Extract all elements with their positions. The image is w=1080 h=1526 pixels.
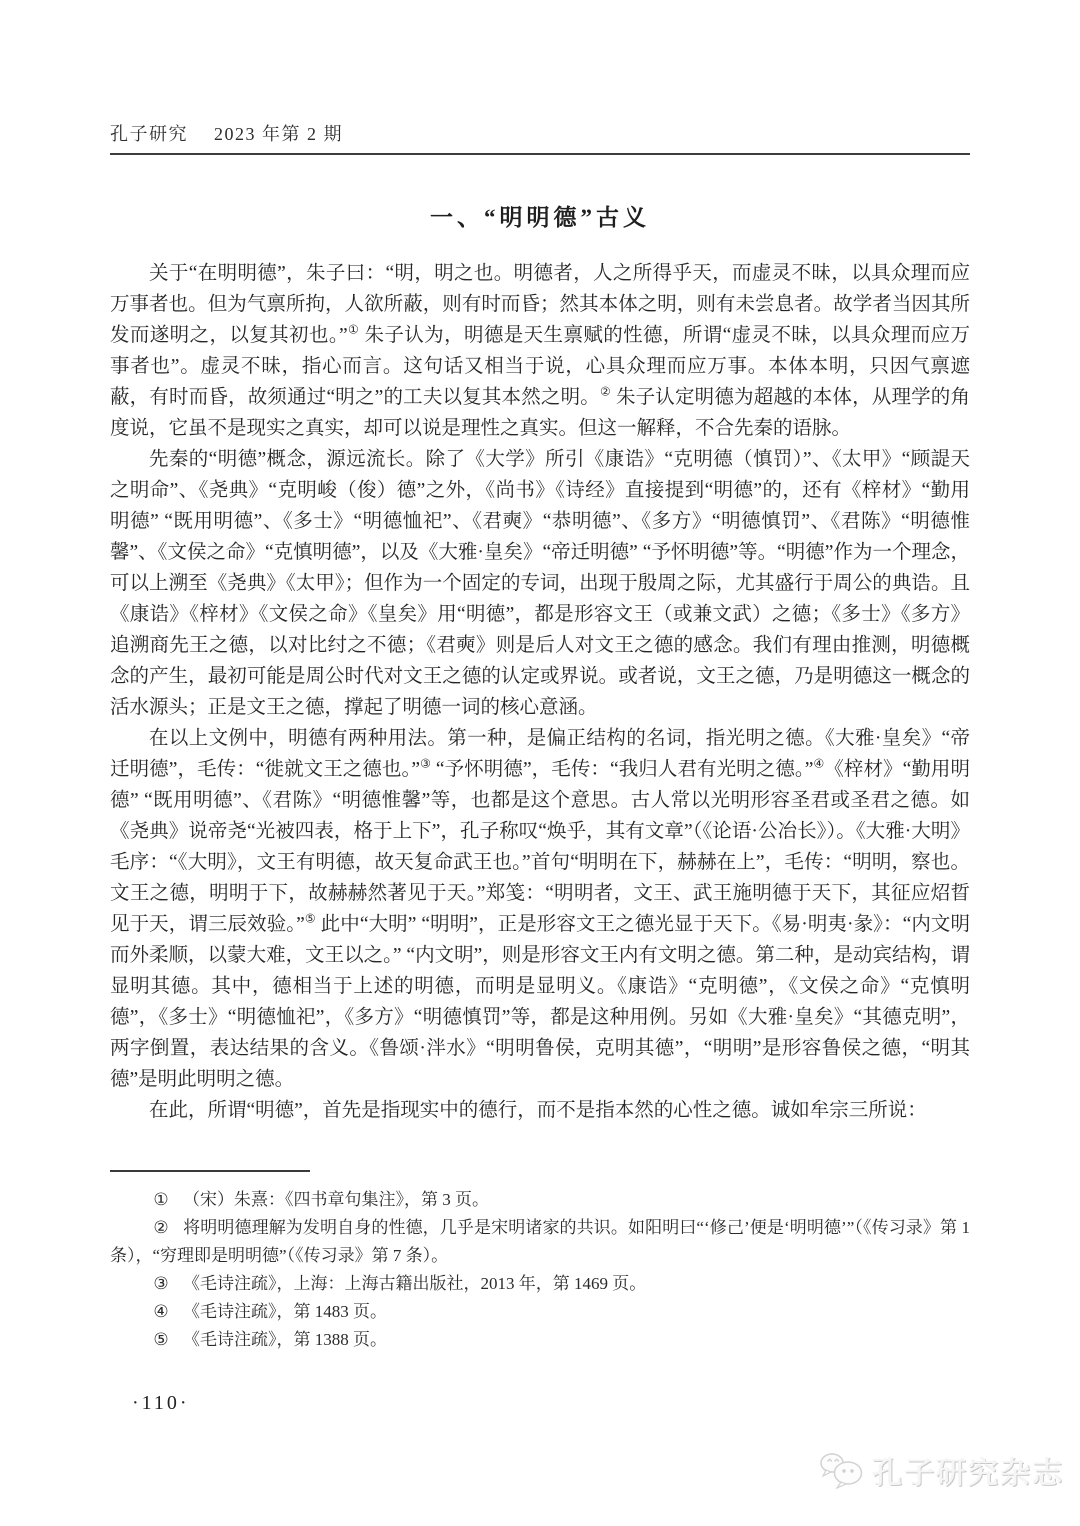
wechat-icon <box>819 1451 865 1489</box>
paragraph: 在以上文例中，明德有两种用法。第一种，是偏正结构的名词，指光明之德。《大雅·皇矣… <box>110 723 970 1095</box>
footnote: ⑤《毛诗注疏》，第 1388 页。 <box>110 1326 970 1354</box>
footnote-text: 《毛诗注疏》，第 1483 页。 <box>183 1302 387 1321</box>
paragraph: 在此，所谓“明德”，首先是指现实中的德行，而不是指本然的心性之德。诚如牟宗三所说… <box>110 1095 970 1126</box>
footnote-marker: ⑤ <box>153 1330 168 1349</box>
paragraph: 先秦的“明德”概念，源远流长。除了《大学》所引《康诰》“克明德（慎罚）”、《太甲… <box>110 444 970 723</box>
footnote-marker: ④ <box>153 1302 168 1321</box>
footnote-text: 《毛诗注疏》，第 1388 页。 <box>183 1330 387 1349</box>
header-rule <box>110 153 970 155</box>
watermark: 孔子研究杂志 <box>819 1448 1064 1492</box>
journal-page: 孔子研究2023 年第 2 期 一、“明明德”古义 关于“在明明德”，朱子曰：“… <box>0 0 1080 1526</box>
footnote-marker: ① <box>153 1190 168 1209</box>
issue-info: 2023 年第 2 期 <box>214 124 343 144</box>
watermark-label: 孔子研究杂志 <box>872 1448 1064 1492</box>
footnotes: ①（宋）朱熹：《四书章句集注》，第 3 页。②将明明德理解为发明自身的性德，几乎… <box>110 1186 970 1354</box>
footnote: ③《毛诗注疏》，上海：上海古籍出版社，2013 年，第 1469 页。 <box>110 1270 970 1298</box>
section-title: 一、“明明德”古义 <box>110 199 970 232</box>
footnote-ref: ⑤ <box>305 912 316 926</box>
footnote: ②将明明德理解为发明自身的性德，几乎是宋明诸家的共识。如阳明曰“‘修己’便是‘明… <box>110 1214 970 1270</box>
footnote-marker: ② <box>153 1218 168 1237</box>
page-header: 孔子研究2023 年第 2 期 <box>110 0 970 146</box>
footnote-ref: ④ <box>813 757 824 771</box>
footnote: ①（宋）朱熹：《四书章句集注》，第 3 页。 <box>110 1186 970 1214</box>
footnote-ref: ③ <box>420 757 431 771</box>
footnote-ref: ② <box>600 385 611 399</box>
footnote-text: 将明明德理解为发明自身的性德，几乎是宋明诸家的共识。如阳明曰“‘修己’便是‘明明… <box>110 1218 970 1265</box>
journal-name: 孔子研究 <box>110 124 188 144</box>
paragraph: 关于“在明明德”，朱子曰：“明，明之也。明德者，人之所得乎天，而虚灵不昧，以具众… <box>110 258 970 444</box>
article-body: 关于“在明明德”，朱子曰：“明，明之也。明德者，人之所得乎天，而虚灵不昧，以具众… <box>110 258 970 1126</box>
footnote-text: 《毛诗注疏》，上海：上海古籍出版社，2013 年，第 1469 页。 <box>183 1274 646 1293</box>
page-number: ·110· <box>132 1392 190 1415</box>
footnote-ref: ① <box>348 323 360 337</box>
footnote: ④《毛诗注疏》，第 1483 页。 <box>110 1298 970 1326</box>
footnote-separator <box>110 1170 310 1172</box>
footnote-text: （宋）朱熹：《四书章句集注》，第 3 页。 <box>183 1190 489 1209</box>
footnote-marker: ③ <box>153 1274 168 1293</box>
